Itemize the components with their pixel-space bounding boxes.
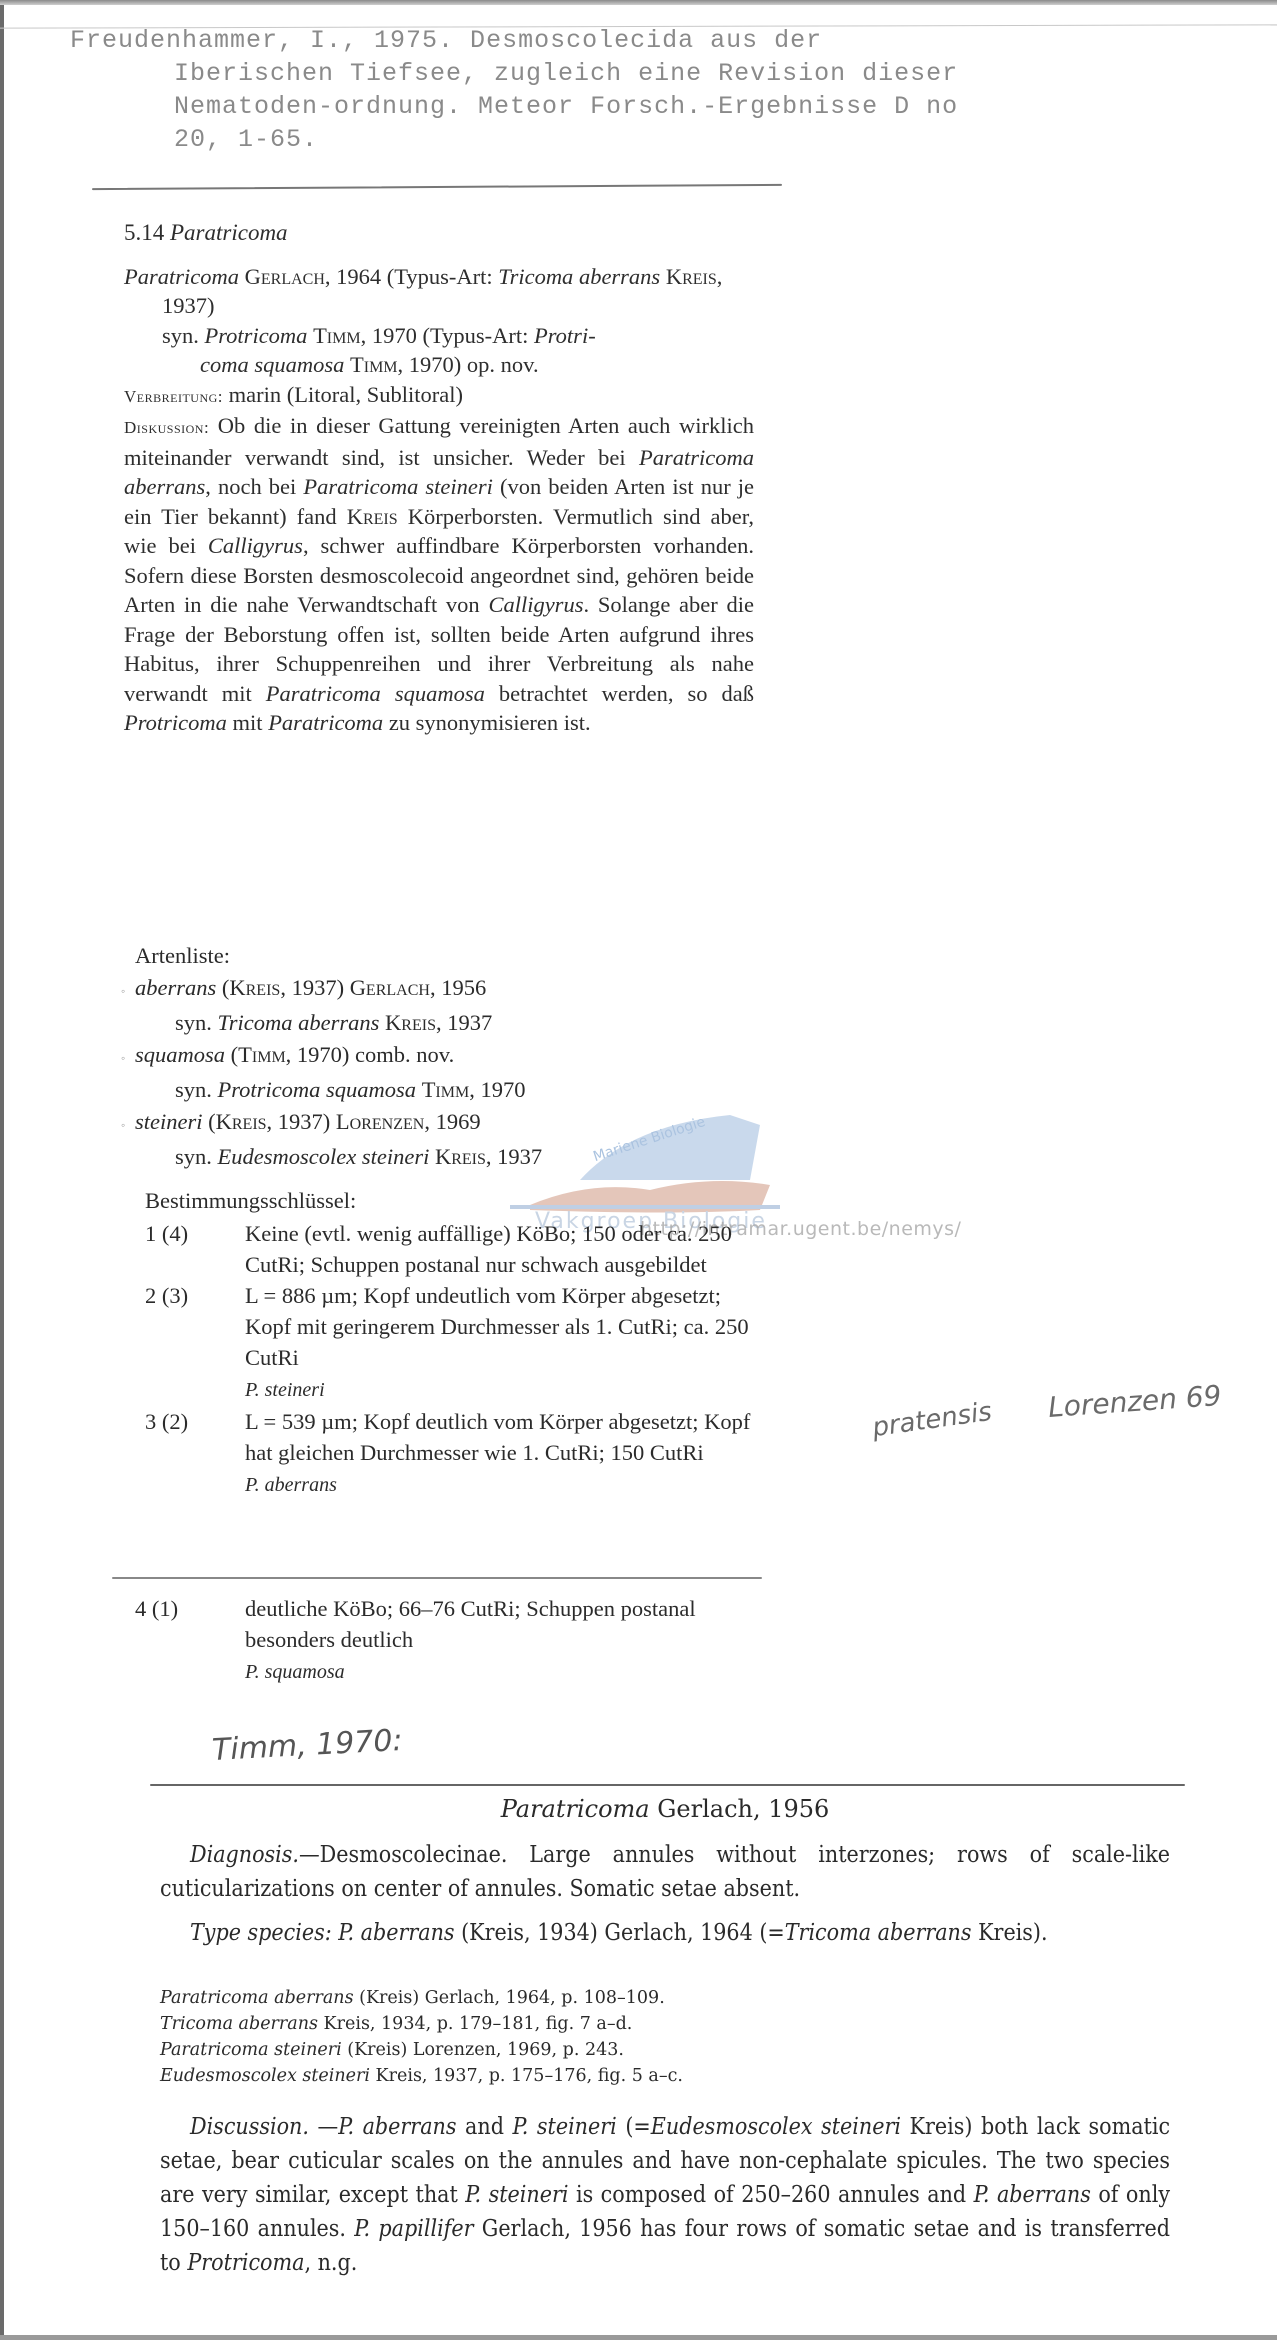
species-synonym: syn. Tricoma aberrans Kreis, 1937 bbox=[135, 1007, 755, 1039]
synonym-prefix: syn. bbox=[175, 1144, 218, 1169]
german-genus-section: 5.14 Paratricoma Paratricoma Gerlach, 19… bbox=[124, 218, 754, 738]
synonym-name: Eudesmoscolex steineri bbox=[218, 1144, 430, 1169]
handwritten-note: Lorenzen 69 bbox=[1047, 1379, 1222, 1424]
species-entry: ◦squamosa (Timm, 1970) comb. nov. bbox=[135, 1039, 755, 1074]
text-run: betrachtet werden, so daß bbox=[485, 681, 754, 706]
key-number: 3 (2) bbox=[145, 1406, 245, 1501]
taxon-name: P. steineri bbox=[465, 2182, 568, 2208]
key-description: L = 539 µm; Kopf deutlich vom Körper abg… bbox=[245, 1409, 750, 1465]
key-title: Bestimmungsschlüssel: bbox=[145, 1185, 765, 1216]
citation: Kreis, 1934, p. 179–181, fig. 7 a–d. bbox=[318, 2014, 632, 2034]
species-name: aberrans bbox=[135, 975, 216, 1000]
synonymy-entry: Paratricoma steineri (Kreis) Lorenzen, 1… bbox=[160, 2037, 683, 2063]
author-name: Kreis bbox=[385, 1010, 436, 1035]
taxon-name: Paratricoma steineri bbox=[160, 2040, 342, 2060]
section-heading: 5.14 Paratricoma bbox=[124, 218, 754, 248]
divider-rule bbox=[150, 1784, 1185, 1786]
reference-line: Freudenhammer, I., 1975. Desmoscolecida … bbox=[70, 24, 958, 57]
type-species: Type species: P. aberrans (Kreis, 1934) … bbox=[160, 1916, 1170, 1950]
species-list-title: Artenliste: bbox=[135, 940, 755, 972]
citation: (Kreis) Lorenzen, 1969, p. 243. bbox=[342, 2040, 624, 2060]
typed-reference: Freudenhammer, I., 1975. Desmoscolecida … bbox=[70, 24, 958, 156]
taxon-name: Paratricoma steineri bbox=[303, 474, 493, 499]
text-run: , noch bei bbox=[205, 474, 303, 499]
german-discussion: Diskussion: Ob die in dieser Gattung ver… bbox=[124, 411, 754, 738]
taxon-name: Calligyrus bbox=[208, 533, 303, 558]
key-entry: 4 (1) deutliche KöBo; 66–76 CutRi; Schup… bbox=[135, 1593, 775, 1688]
synonym-name: Tricoma aberrans bbox=[218, 1010, 380, 1035]
distribution: Verbreitung: marin (Litoral, Sublitoral) bbox=[124, 380, 754, 412]
author-name: Kreis bbox=[435, 1144, 486, 1169]
species-authority: (Kreis, 1937) Lorenzen, 1969 bbox=[203, 1109, 481, 1134]
handwritten-note: Timm, 1970: bbox=[211, 1723, 403, 1768]
author-name: Lorenzen bbox=[336, 1109, 424, 1134]
citation: (Kreis) Gerlach, 1964, p. 108–109. bbox=[354, 1988, 665, 2008]
taxon-name: Calligyrus bbox=[488, 592, 583, 617]
text-run: and bbox=[456, 2114, 512, 2140]
synonymy-entry: Paratricoma aberrans (Kreis) Gerlach, 19… bbox=[160, 1985, 683, 2011]
bullet-icon: ◦ bbox=[121, 1042, 135, 1074]
divider-rule bbox=[112, 1577, 762, 1579]
key-entry: 1 (4)Keine (evtl. wenig auffällige) KöBo… bbox=[145, 1218, 765, 1280]
synonym-name: Protricoma squamosa bbox=[218, 1077, 417, 1102]
key-entry: 2 (3)L = 886 µm; Kopf undeutlich vom Kör… bbox=[145, 1280, 765, 1406]
key-text: L = 886 µm; Kopf undeutlich vom Körper a… bbox=[245, 1280, 765, 1406]
text-run: is composed of 250–260 annules and bbox=[568, 2182, 973, 2208]
taxon-name: Tricoma aberrans bbox=[160, 2014, 318, 2034]
text-run: — bbox=[318, 2114, 339, 2140]
english-genus-title: Paratricoma Gerlach, 1956 bbox=[160, 1795, 1170, 1823]
taxon-name: Protricoma bbox=[187, 2250, 304, 2276]
author-name: Timm bbox=[238, 1042, 286, 1067]
identification-key: Bestimmungsschlüssel: 1 (4)Keine (evtl. … bbox=[145, 1185, 765, 1501]
key-result: P. aberrans bbox=[245, 1474, 337, 1496]
text-run: zu synonymisieren ist. bbox=[383, 710, 590, 735]
author-name: Timm bbox=[422, 1077, 470, 1102]
taxon-name: P. steineri bbox=[513, 2114, 617, 2140]
key-text: Keine (evtl. wenig auffällige) KöBo; 150… bbox=[245, 1218, 765, 1280]
key-entry: 3 (2)L = 539 µm; Kopf deutlich vom Körpe… bbox=[145, 1406, 765, 1501]
scan-edge-left bbox=[0, 0, 4, 2340]
author-name: Kreis bbox=[216, 1109, 267, 1134]
synonym-prefix: syn. bbox=[175, 1010, 218, 1035]
citation: Kreis, 1937, p. 175–176, fig. 5 a–c. bbox=[370, 2066, 683, 2086]
divider-rule bbox=[92, 184, 782, 190]
species-entry: ◦aberrans (Kreis, 1937) Gerlach, 1956 bbox=[135, 972, 755, 1007]
text-run: , n.g. bbox=[304, 2250, 357, 2276]
english-diagnosis: Diagnosis.—Desmoscolecinae. Large annule… bbox=[160, 1838, 1170, 1950]
synonym-prefix: syn. bbox=[175, 1077, 218, 1102]
taxon-name: Paratricoma squamosa bbox=[266, 681, 485, 706]
reference-line: Iberischen Tiefsee, zugleich eine Revisi… bbox=[70, 57, 958, 90]
species-authority: (Kreis, 1937) Gerlach, 1956 bbox=[216, 975, 486, 1000]
text-run: (= bbox=[617, 2114, 651, 2140]
key-text: L = 539 µm; Kopf deutlich vom Körper abg… bbox=[245, 1406, 765, 1501]
synonymy-entry: Eudesmoscolex steineri Kreis, 1937, p. 1… bbox=[160, 2063, 683, 2089]
genus-synonym: syn. Protricoma Timm, 1970 (Typus-Art: P… bbox=[124, 321, 754, 380]
species-name: steineri bbox=[135, 1109, 203, 1134]
taxon-name: Eudesmoscolex steineri bbox=[160, 2066, 370, 2086]
species-name: squamosa bbox=[135, 1042, 225, 1067]
author-name: Gerlach bbox=[350, 975, 430, 1000]
genus-authority: Paratricoma Gerlach, 1964 (Typus-Art: Tr… bbox=[124, 262, 754, 321]
key-result: P. steineri bbox=[245, 1379, 325, 1401]
species-authority: (Timm, 1970) comb. nov. bbox=[225, 1042, 454, 1067]
bullet-icon: ◦ bbox=[121, 1109, 135, 1141]
taxon-name: Protricoma bbox=[124, 710, 227, 735]
taxon-name: Paratricoma aberrans bbox=[160, 1988, 354, 2008]
taxon-name: Paratricoma bbox=[268, 710, 383, 735]
synonymy-list: Paratricoma aberrans (Kreis) Gerlach, 19… bbox=[160, 1985, 683, 2089]
bullet-icon: ◦ bbox=[121, 975, 135, 1007]
taxon-name: P. aberrans bbox=[338, 2114, 456, 2140]
scan-edge-bottom bbox=[0, 2335, 1277, 2340]
reference-line: Nematoden-ordnung. Meteor Forsch.-Ergebn… bbox=[70, 90, 958, 123]
handwritten-note: pratensis bbox=[870, 1397, 993, 1443]
key-number: 2 (3) bbox=[145, 1280, 245, 1406]
reference-line: 20, 1-65. bbox=[70, 123, 958, 156]
synonymy-entry: Tricoma aberrans Kreis, 1934, p. 179–181… bbox=[160, 2011, 683, 2037]
english-discussion: Discussion. —P. aberrans and P. steineri… bbox=[160, 2110, 1170, 2280]
taxon-name: P. aberrans bbox=[974, 2182, 1091, 2208]
text-run: mit bbox=[227, 710, 268, 735]
taxon-name: Eudesmoscolex steineri bbox=[651, 2114, 901, 2140]
key-number: 1 (4) bbox=[145, 1218, 245, 1280]
taxon-name: P. papillifer bbox=[354, 2216, 473, 2242]
author-name: Kreis bbox=[347, 504, 398, 529]
author-name: Kreis bbox=[229, 975, 280, 1000]
key-description: L = 886 µm; Kopf undeutlich vom Körper a… bbox=[245, 1283, 749, 1370]
synonym-authority: Kreis, 1937 bbox=[379, 1010, 492, 1035]
scan-edge-top bbox=[0, 0, 1277, 5]
key-description: Keine (evtl. wenig auffällige) KöBo; 150… bbox=[245, 1221, 732, 1277]
